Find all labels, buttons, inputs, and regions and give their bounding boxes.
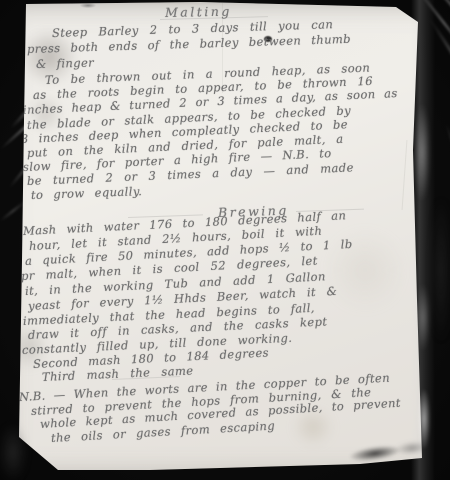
malting-line: & finger xyxy=(36,55,94,71)
smudge xyxy=(349,444,400,464)
fold-crease xyxy=(402,140,408,210)
glare-streak xyxy=(415,0,450,60)
paper-sheet: Malting Steep Barley 2 to 3 days till yo… xyxy=(0,0,450,480)
glare-streak xyxy=(428,17,450,111)
smudge xyxy=(395,440,430,455)
manuscript-photo: Malting Steep Barley 2 to 3 days till yo… xyxy=(0,0,450,480)
glare-streak xyxy=(431,0,450,36)
plastic-glare-blob xyxy=(414,105,430,200)
backdrop-shade xyxy=(432,200,450,340)
glare-streak xyxy=(445,122,450,179)
malting-line: to grow equally. xyxy=(31,184,143,202)
pencil-mark xyxy=(80,3,96,8)
fold-crease xyxy=(397,0,424,19)
